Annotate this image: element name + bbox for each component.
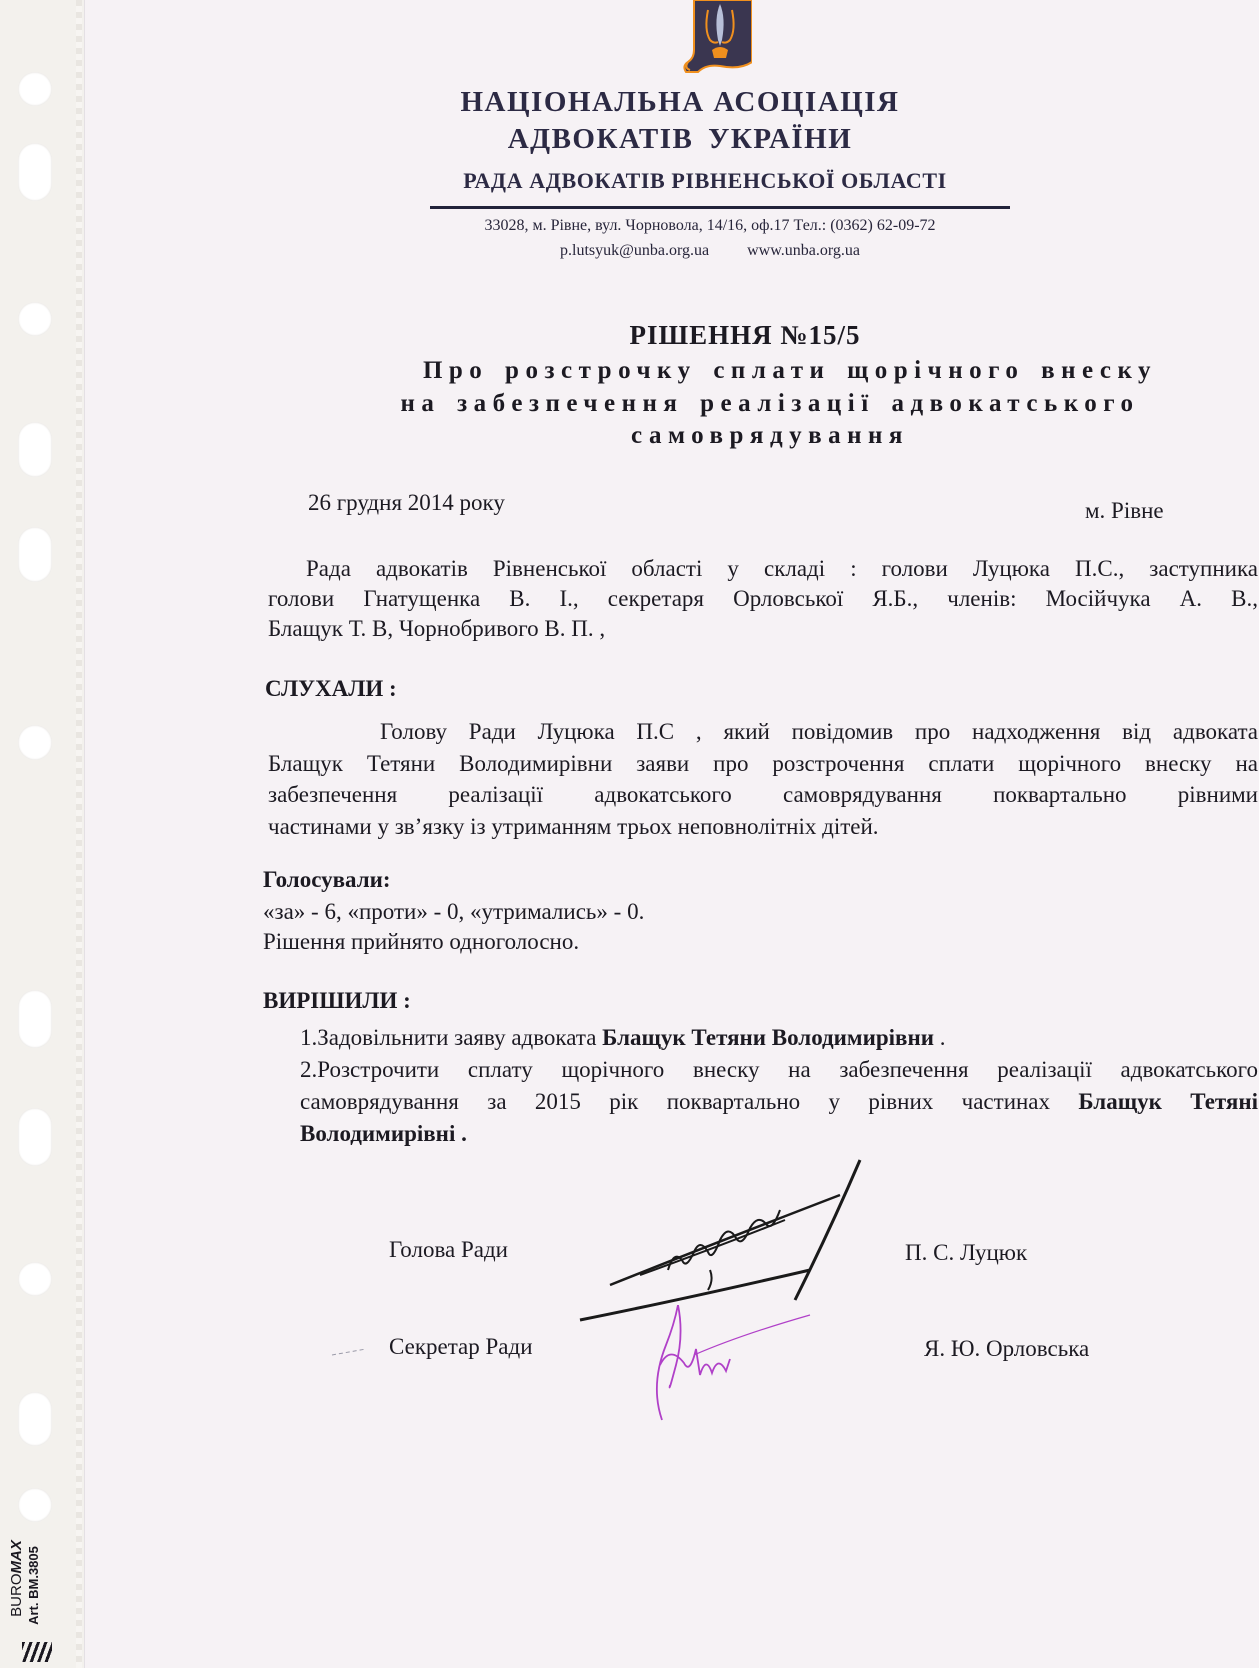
- strip-perforation: [76, 0, 82, 1668]
- resolved-item-1-end: .: [934, 1025, 946, 1050]
- org-email[interactable]: p.lutsyuk@unba.org.ua: [560, 242, 709, 259]
- signature-name-secretary: Я. Ю. Орловська: [924, 1336, 1089, 1362]
- resolved-item-2-name-cont: Володимирівні: [300, 1121, 455, 1146]
- voting-result: «за» - 6, «проти» - 0, «утримались» - 0.: [263, 899, 644, 925]
- org-name-line2: АДВОКАТІВ УКРАЇНИ: [400, 123, 960, 156]
- buromax-brand: BUROMAX: [8, 1540, 25, 1617]
- voting-outcome: Рішення прийнято одноголосно.: [263, 929, 579, 955]
- punch-hole: [18, 1488, 52, 1522]
- secretary-signature: [640, 1305, 820, 1425]
- org-contacts: p.lutsyuk@unba.org.uawww.unba.org.ua: [400, 242, 1020, 260]
- resolved-item-1-text: 1.Задовільнити заяву адвоката: [300, 1025, 602, 1050]
- resolved-item-2-text: самоврядування за 2015 рік поквартально …: [300, 1089, 1078, 1114]
- org-address: 33028, м. Рівне, вул. Чорновола, 14/16, …: [400, 217, 1020, 235]
- resolved-item-2-name: Блащук Тетяні: [1078, 1089, 1258, 1114]
- resolved-item-1-name: Блащук Тетяни Володимирівни: [602, 1025, 934, 1050]
- punch-hole: [18, 72, 52, 106]
- resolved-heading: ВИРІШИЛИ :: [263, 988, 411, 1014]
- buromax-label: BUROMAX Art. BM.3805: [8, 1530, 68, 1660]
- punch-hole: [18, 143, 52, 201]
- composition-line: Блащук Т. В, Чорнобривого В. П. ,: [268, 616, 605, 642]
- heard-heading: СЛУХАЛИ :: [265, 676, 397, 702]
- decision-city: м. Рівне: [1085, 498, 1164, 524]
- heard-line: Блащук Тетяни Володимирівни заяви про ро…: [268, 751, 1258, 777]
- punch-hole: [18, 990, 52, 1048]
- composition-line: Рада адвокатів Рівненської області у скл…: [306, 556, 1258, 582]
- punch-hole: [18, 302, 52, 336]
- pencil-mark: [330, 1345, 370, 1357]
- org-name-line1: НАЦІОНАЛЬНА АСОЦІАЦІЯ: [400, 86, 960, 119]
- sheet-protector-strip: BUROMAX Art. BM.3805: [0, 0, 85, 1668]
- punch-hole: [18, 422, 52, 477]
- decision-title: РІШЕННЯ №15/5: [290, 320, 1200, 351]
- buromax-article: Art. BM.3805: [26, 1546, 41, 1625]
- council-name: РАДА АДВОКАТІВ РІВНЕНСЬКОЇ ОБЛАСТІ: [400, 168, 1010, 194]
- punch-hole: [18, 527, 52, 582]
- voting-heading: Голосували:: [263, 867, 391, 893]
- decision-subject-line3: самоврядування: [560, 422, 980, 450]
- resolved-item-2-line3: Володимирівні .: [300, 1121, 467, 1147]
- heard-line: Голову Ради Луцюка П.С , який повідомив …: [380, 719, 1258, 745]
- header-divider: [430, 206, 1010, 209]
- unba-logo-icon: [680, 0, 752, 74]
- decision-date: 26 грудня 2014 року: [308, 490, 505, 516]
- punch-hole: [18, 725, 52, 760]
- resolved-item-2-line2: самоврядування за 2015 рік поквартально …: [300, 1089, 1258, 1115]
- signature-role-chair: Голова Ради: [389, 1237, 508, 1263]
- chair-signature: [560, 1150, 910, 1330]
- heard-line: забезпечення реалізації адвокатського са…: [268, 782, 1258, 808]
- punch-hole: [18, 1262, 52, 1296]
- decision-subject-line2: на забезпечення реалізації адвокатського: [330, 390, 1210, 418]
- punch-hole: [18, 1392, 52, 1446]
- heard-line: частинами у зв’язку із утриманням трьох …: [268, 814, 879, 840]
- buromax-logo-icon: [22, 1642, 52, 1662]
- signature-role-secretary: Секретар Ради: [389, 1334, 533, 1360]
- resolved-item-2-end: .: [455, 1121, 467, 1146]
- org-website[interactable]: www.unba.org.ua: [747, 242, 860, 259]
- resolved-item-1: 1.Задовільнити заяву адвоката Блащук Тет…: [300, 1025, 945, 1051]
- signature-name-chair: П. С. Луцюк: [905, 1240, 1027, 1266]
- punch-hole: [18, 1108, 52, 1166]
- resolved-item-2-line1: 2.Розстрочити сплату щорічного внеску на…: [300, 1057, 1258, 1083]
- decision-subject-line1: Про розстрочку сплати щорічного внеску: [340, 357, 1240, 385]
- composition-line: голови Гнатущенка В. І., секретаря Орлов…: [268, 586, 1258, 612]
